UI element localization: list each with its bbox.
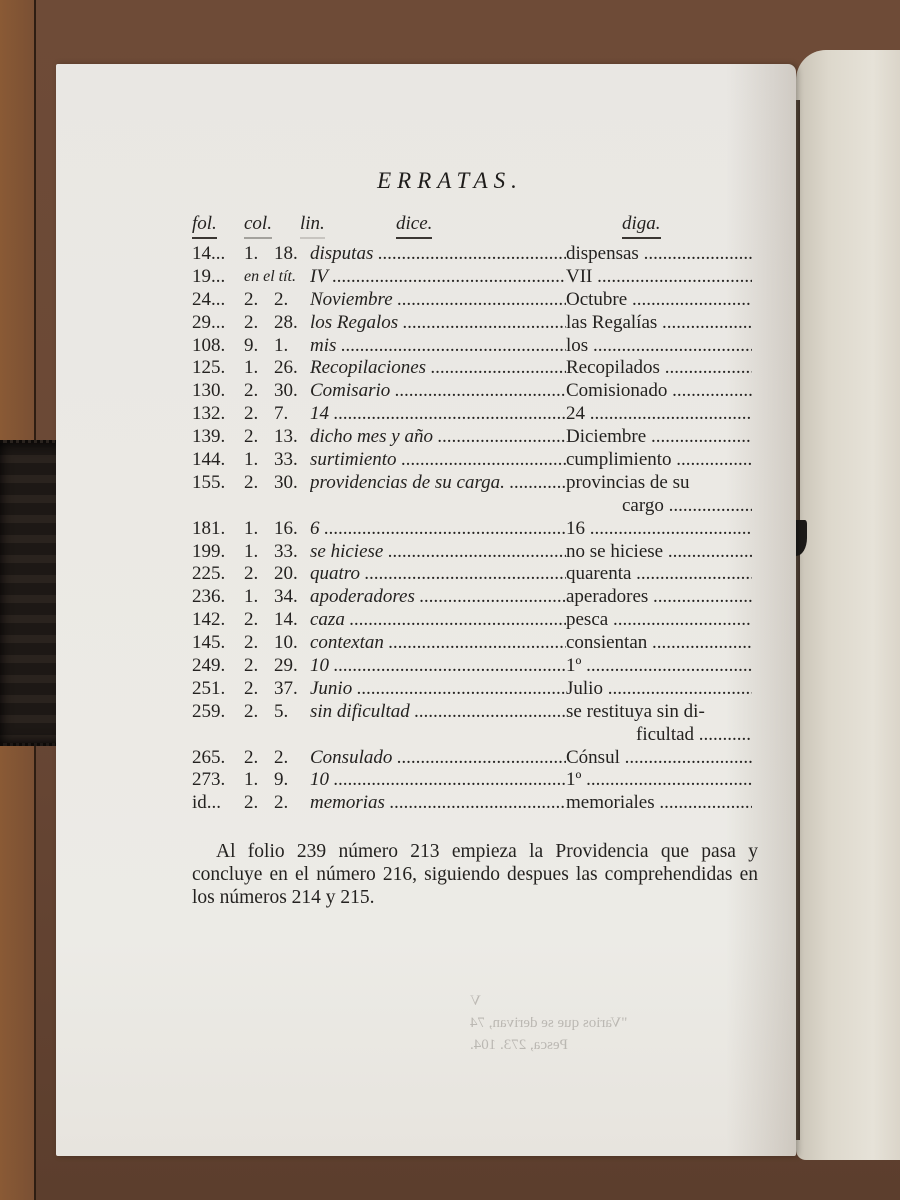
errata-row-continuation: cargo bbox=[192, 495, 752, 518]
cell-lin: 9. bbox=[274, 769, 310, 792]
header-col: col. bbox=[244, 213, 272, 239]
errata-note: Al folio 239 número 213 empieza la Provi… bbox=[192, 840, 758, 909]
errata-row: 251.2.37.JunioJulio bbox=[192, 678, 752, 701]
cell-fol: 181. bbox=[192, 518, 244, 541]
errata-row: 14...1.18.disputasdispensas bbox=[192, 243, 752, 266]
cell-dice: disputas bbox=[310, 243, 566, 266]
cell-col: 1. bbox=[244, 541, 274, 564]
errata-row: 259.2.5.sin dificultadse restituya sin d… bbox=[192, 701, 752, 724]
errata-row: 273.1.9.101º bbox=[192, 769, 752, 792]
cell-col: 1. bbox=[244, 357, 274, 380]
cell-diga: Diciembre bbox=[566, 426, 752, 449]
cell-lin: 2. bbox=[274, 289, 310, 312]
cell-lin: 28. bbox=[274, 312, 310, 335]
note-text: Al folio 239 número 213 empieza la Provi… bbox=[192, 840, 758, 909]
cell-lin: 30. bbox=[274, 472, 310, 495]
cell-col: 2. bbox=[244, 655, 274, 678]
cell-lin: 26. bbox=[274, 357, 310, 380]
cell-dice: quatro bbox=[310, 563, 566, 586]
cell-diga: 1º bbox=[566, 655, 752, 678]
cell-diga: Octubre bbox=[566, 289, 752, 312]
cell-fol: 130. bbox=[192, 380, 244, 403]
errata-header: fol. col. lin. dice. diga. bbox=[192, 213, 752, 243]
cell-lin: 20. bbox=[274, 563, 310, 586]
cell-col: 1. bbox=[244, 518, 274, 541]
errata-row: 225.2.20.quatroquarenta bbox=[192, 563, 752, 586]
cell-fol: 259. bbox=[192, 701, 244, 724]
cell-fol: id... bbox=[192, 792, 244, 815]
cell-lin: 2. bbox=[274, 747, 310, 770]
cell-lin: 13. bbox=[274, 426, 310, 449]
cell-fol: 132. bbox=[192, 403, 244, 426]
cell-fol: 145. bbox=[192, 632, 244, 655]
cell-lin: 2. bbox=[274, 792, 310, 815]
page-title: ERRATAS. bbox=[0, 168, 900, 194]
header-diga: diga. bbox=[622, 213, 661, 239]
cell-fol: 108. bbox=[192, 335, 244, 358]
cell-lin: 7. bbox=[274, 403, 310, 426]
cell-dice: 6 bbox=[310, 518, 566, 541]
cell-lin: 37. bbox=[274, 678, 310, 701]
cell-dice: 14 bbox=[310, 403, 566, 426]
errata-row: 130.2.30.ComisarioComisionado bbox=[192, 380, 752, 403]
cell-dice: IV bbox=[310, 266, 566, 289]
cell-fol: 265. bbox=[192, 747, 244, 770]
errata-row: 139.2.13.dicho mes y añoDiciembre bbox=[192, 426, 752, 449]
errata-row: 132.2.7.1424 bbox=[192, 403, 752, 426]
cell-dice: caza bbox=[310, 609, 566, 632]
cell-col: 2. bbox=[244, 747, 274, 770]
cell-col: 2. bbox=[244, 380, 274, 403]
cell-dice: se hiciese bbox=[310, 541, 566, 564]
errata-rows: 14...1.18.disputasdispensas19...en el tí… bbox=[192, 243, 752, 815]
errata-row: 125.1.26.RecopilacionesRecopilados bbox=[192, 357, 752, 380]
cell-diga: consientan bbox=[566, 632, 752, 655]
cell-dice: Comisario bbox=[310, 380, 566, 403]
cell-diga: Recopilados bbox=[566, 357, 752, 380]
spacer bbox=[192, 724, 566, 747]
cell-dice: Junio bbox=[310, 678, 566, 701]
cell-lin: 18. bbox=[274, 243, 310, 266]
cell-diga: quarenta bbox=[566, 563, 752, 586]
cell-dice: dicho mes y año bbox=[310, 426, 566, 449]
cell-dice: surtimiento bbox=[310, 449, 566, 472]
cell-diga: Julio bbox=[566, 678, 752, 701]
cell-diga: aperadores bbox=[566, 586, 752, 609]
spacer bbox=[192, 495, 566, 518]
cell-lin: 29. bbox=[274, 655, 310, 678]
errata-row: 108.9.1.mislos bbox=[192, 335, 752, 358]
cell-dice: 10 bbox=[310, 655, 566, 678]
cell-fol: 29... bbox=[192, 312, 244, 335]
cell-fol: 249. bbox=[192, 655, 244, 678]
cell-fol: 14... bbox=[192, 243, 244, 266]
facing-page bbox=[796, 50, 900, 1160]
cell-lin: 33. bbox=[274, 541, 310, 564]
cell-dice: los Regalos bbox=[310, 312, 566, 335]
cell-col: 2. bbox=[244, 678, 274, 701]
cell-diga: provincias de su bbox=[566, 472, 752, 495]
cell-col: 1. bbox=[244, 586, 274, 609]
cell-fol: 139. bbox=[192, 426, 244, 449]
cell-dice: memorias bbox=[310, 792, 566, 815]
cell-col: 2. bbox=[244, 632, 274, 655]
cell-lin: 16. bbox=[274, 518, 310, 541]
cell-lin: 5. bbox=[274, 701, 310, 724]
cell-diga: no se hiciese bbox=[566, 541, 752, 564]
cell-fol: 19... bbox=[192, 266, 244, 289]
cell-dice: apoderadores bbox=[310, 586, 566, 609]
cell-lin: 1. bbox=[274, 335, 310, 358]
cell-col: 2. bbox=[244, 403, 274, 426]
cell-dice: 10 bbox=[310, 769, 566, 792]
errata-row: 249.2.29.101º bbox=[192, 655, 752, 678]
header-fol: fol. bbox=[192, 213, 217, 239]
cell-fol: 144. bbox=[192, 449, 244, 472]
errata-row: 145.2.10.contextanconsientan bbox=[192, 632, 752, 655]
errata-row: id...2.2.memoriasmemoriales bbox=[192, 792, 752, 815]
cell-diga: dispensas bbox=[566, 243, 752, 266]
cell-fol: 251. bbox=[192, 678, 244, 701]
cell-col: 2. bbox=[244, 289, 274, 312]
cell-lin: 34. bbox=[274, 586, 310, 609]
errata-row: 24...2.2.NoviembreOctubre bbox=[192, 289, 752, 312]
errata-row: 144.1.33.surtimientocumplimiento bbox=[192, 449, 752, 472]
cell-diga: Cónsul bbox=[566, 747, 752, 770]
cell-diga: se restituya sin di- bbox=[566, 701, 752, 724]
cell-lin: 14. bbox=[274, 609, 310, 632]
errata-row: 142.2.14.cazapesca bbox=[192, 609, 752, 632]
cell-fol: 142. bbox=[192, 609, 244, 632]
errata-row: 265.2.2.ConsuladoCónsul bbox=[192, 747, 752, 770]
header-dice: dice. bbox=[396, 213, 432, 239]
cell-col: 1. bbox=[244, 243, 274, 266]
errata-row: 181.1.16.616 bbox=[192, 518, 752, 541]
errata-row: 199.1.33.se hicieseno se hiciese bbox=[192, 541, 752, 564]
errata-row-continuation: ficultad bbox=[192, 724, 752, 747]
cell-fol: 155. bbox=[192, 472, 244, 495]
cell-diga: 24 bbox=[566, 403, 752, 426]
cell-diga: Comisionado bbox=[566, 380, 752, 403]
cell-diga: VII bbox=[566, 266, 752, 289]
cell-lin: 10. bbox=[274, 632, 310, 655]
cell-dice: Noviembre bbox=[310, 289, 566, 312]
errata-row: 29...2.28.los Regaloslas Regalías bbox=[192, 312, 752, 335]
cell-dice: mis bbox=[310, 335, 566, 358]
cell-dice: Recopilaciones bbox=[310, 357, 566, 380]
cell-fol: 199. bbox=[192, 541, 244, 564]
cell-fol: 236. bbox=[192, 586, 244, 609]
cell-col: 1. bbox=[244, 769, 274, 792]
cell-col: 2. bbox=[244, 609, 274, 632]
cell-col: 1. bbox=[244, 449, 274, 472]
cell-dice: contextan bbox=[310, 632, 566, 655]
cell-diga: memoriales bbox=[566, 792, 752, 815]
cell-col: en el tít. bbox=[244, 266, 310, 289]
cell-col: 2. bbox=[244, 792, 274, 815]
cell-lin: 30. bbox=[274, 380, 310, 403]
cell-fol: 273. bbox=[192, 769, 244, 792]
cell-fol: 225. bbox=[192, 563, 244, 586]
cell-diga: las Regalías bbox=[566, 312, 752, 335]
cell-dice: sin dificultad bbox=[310, 701, 566, 724]
cell-col: 9. bbox=[244, 335, 274, 358]
header-lin: lin. bbox=[300, 213, 325, 239]
cell-fol: 125. bbox=[192, 357, 244, 380]
cell-col: 2. bbox=[244, 312, 274, 335]
cell-col: 2. bbox=[244, 472, 274, 495]
errata-row: 19...en el tít.IVVII bbox=[192, 266, 752, 289]
cell-diga: los bbox=[566, 335, 752, 358]
errata-row: 236.1.34.apoderadoresaperadores bbox=[192, 586, 752, 609]
cell-diga-continuation: ficultad bbox=[566, 724, 752, 747]
cell-dice: Consulado bbox=[310, 747, 566, 770]
cell-col: 2. bbox=[244, 701, 274, 724]
cell-col: 2. bbox=[244, 563, 274, 586]
cell-dice: providencias de su carga. bbox=[310, 472, 566, 495]
cell-col: 2. bbox=[244, 426, 274, 449]
cell-fol: 24... bbox=[192, 289, 244, 312]
cell-diga: 16 bbox=[566, 518, 752, 541]
cell-lin: 33. bbox=[274, 449, 310, 472]
cell-diga: pesca bbox=[566, 609, 752, 632]
cell-diga: cumplimiento bbox=[566, 449, 752, 472]
errata-row: 155.2.30.providencias de su carga.provin… bbox=[192, 472, 752, 495]
cell-diga: 1º bbox=[566, 769, 752, 792]
errata-table: fol. col. lin. dice. diga. 14...1.18.dis… bbox=[192, 213, 752, 815]
bleed-through-text: V"Varios que se derivan, 74Pesca, 273. 1… bbox=[470, 990, 627, 1056]
cell-diga-continuation: cargo bbox=[566, 495, 752, 518]
